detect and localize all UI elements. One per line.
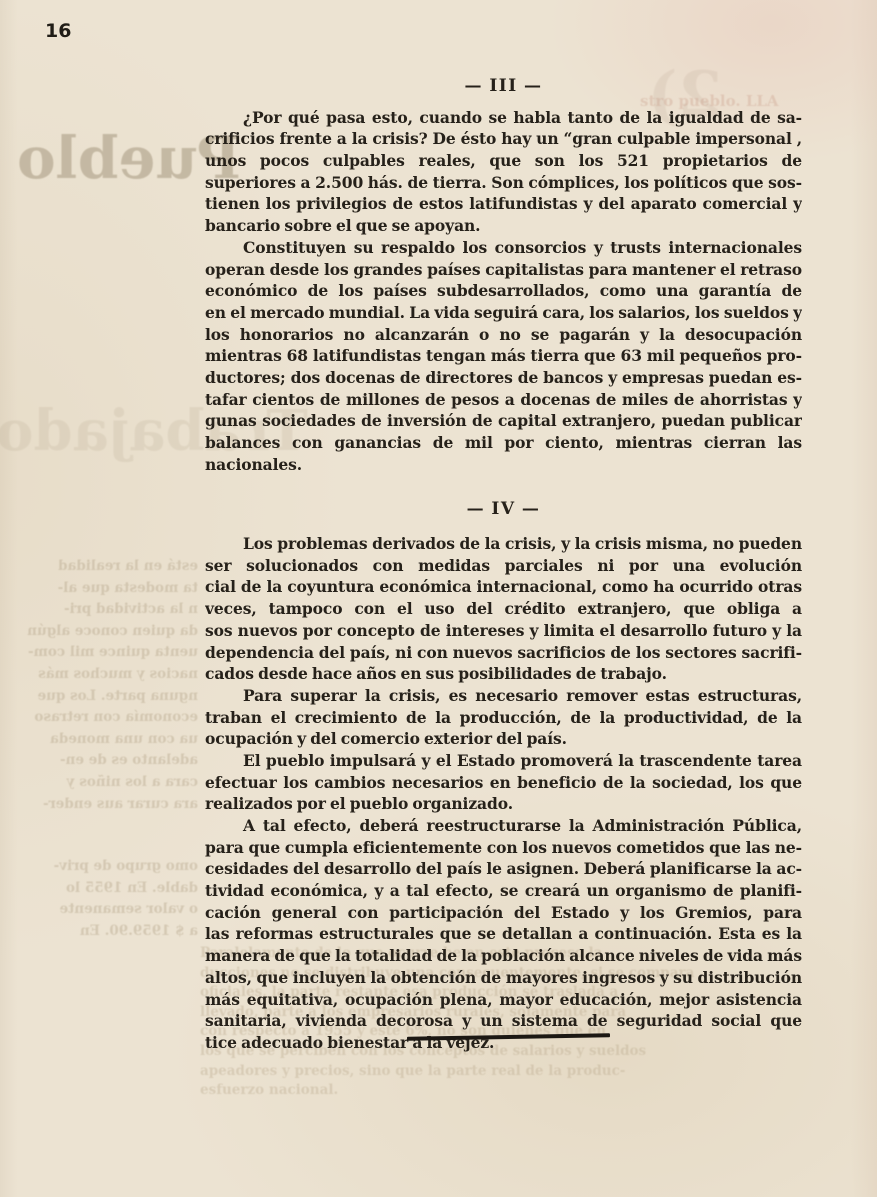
document-body: — III —¿Por qué pasa esto, cuando se hab… <box>205 76 802 1054</box>
bleedthrough-line: está en la realidad <box>8 556 198 578</box>
text-line: operan desde los grandes países capitali… <box>205 259 802 281</box>
text-line: manera de que la totalidad de la poblaci… <box>205 945 802 967</box>
bleedthrough-line: nacios y muchos más <box>8 664 198 686</box>
page-number: 16 <box>45 20 71 42</box>
scanned-document-page: 16 Pueblo Trabajadores 2) stro pueblo. L… <box>0 0 877 1197</box>
text-line: cesidades del desarrollo del país le asi… <box>205 858 802 880</box>
section-heading: — IV — <box>205 499 802 521</box>
bleedthrough-left-margin-block-lower: omo grupo de priv-dable. En 1955 loo val… <box>8 856 198 942</box>
text-line: ¿Por qué pasa esto, cuando se habla tant… <box>205 107 802 129</box>
paragraph: Constituyen su respaldo los consorcios y… <box>205 237 802 476</box>
bleedthrough-line: adelanto es de en- <box>8 750 198 772</box>
bleedthrough-line: esfuerzo nacional. <box>200 1081 848 1101</box>
text-line: tividad económica, y a tal efecto, se cr… <box>205 880 802 902</box>
bleedthrough-line: uenta quince mil com- <box>8 642 198 664</box>
text-line: crificios frente a la crisis? De ésto ha… <box>205 128 802 150</box>
text-line: balances con ganancias de mil por ciento… <box>205 432 802 454</box>
text-line: tienen los privilegios de estos latifund… <box>205 193 802 215</box>
text-line: unos pocos culpables reales, que son los… <box>205 150 802 172</box>
text-line: mientras 68 latifundistas tengan más tie… <box>205 345 802 367</box>
bleedthrough-left-margin-block: está en la realidadta modesta que al-n l… <box>8 556 198 815</box>
text-line: altos, que incluyen la obtención de mayo… <box>205 967 802 989</box>
text-line: sanitaria, vivienda decorosa y un sistem… <box>205 1010 802 1032</box>
bleedthrough-line: ta modesta que al- <box>8 578 198 600</box>
text-line: efectuar los cambios necesarios en benef… <box>205 772 802 794</box>
text-line: cial de la coyuntura económica internaci… <box>205 576 802 598</box>
text-line: dependencia del país, ni con nuevos sacr… <box>205 642 802 664</box>
text-line: sos nuevos por concepto de intereses y l… <box>205 620 802 642</box>
text-line: los honorarios no alcanzarán o no se pag… <box>205 324 802 346</box>
bleedthrough-line: a $ 1959.90. En <box>8 921 198 943</box>
bleedthrough-line: omo grupo de priv- <box>8 856 198 878</box>
bleedthrough-line: nguna parte. Los que <box>8 686 198 708</box>
text-line: Para superar la crisis, es necesario rem… <box>205 685 802 707</box>
bleedthrough-line: economía con retraso <box>8 707 198 729</box>
bleedthrough-line: apeadores y precios, sino que la parte r… <box>200 1062 848 1082</box>
bleedthrough-line: ara curar aus ender- <box>8 794 198 816</box>
text-line: ductores; dos docenas de directores de b… <box>205 367 802 389</box>
text-line: traban el crecimiento de la producción, … <box>205 707 802 729</box>
bleedthrough-line: ua con una moneda <box>8 729 198 751</box>
text-line: gunas sociedades de inversión de capital… <box>205 410 802 432</box>
paragraph: El pueblo impulsará y el Estado promover… <box>205 750 802 815</box>
text-line: en el mercado mundial. La vida seguirá c… <box>205 302 802 324</box>
text-line: cados desde hace años en sus posibilidad… <box>205 663 802 685</box>
text-line: El pueblo impulsará y el Estado promover… <box>205 750 802 772</box>
bleedthrough-line: cara a los niños y <box>8 772 198 794</box>
bleedthrough-line: n la actividad pri- <box>8 599 198 621</box>
bleedthrough-line: dable. En 1955 lo <box>8 878 198 900</box>
paragraph: Los problemas derivados de la crisis, y … <box>205 533 802 685</box>
text-line: Constituyen su respaldo los consorcios y… <box>205 237 802 259</box>
paragraph: ¿Por qué pasa esto, cuando se habla tant… <box>205 107 802 237</box>
text-line: más equitativa, ocupación plena, mayor e… <box>205 989 802 1011</box>
text-line: nacionales. <box>205 454 802 476</box>
text-line: veces, tampoco con el uso del crédito ex… <box>205 598 802 620</box>
text-line: para que cumpla eficientemente con los n… <box>205 837 802 859</box>
text-line: A tal efecto, deberá reestructurarse la … <box>205 815 802 837</box>
text-line: Los problemas derivados de la crisis, y … <box>205 533 802 555</box>
text-line: cación general con participación del Est… <box>205 902 802 924</box>
paragraph: Para superar la crisis, es necesario rem… <box>205 685 802 750</box>
text-line: tafar cientos de millones de pesos a doc… <box>205 389 802 411</box>
text-line: ser solucionados con medidas parciales n… <box>205 555 802 577</box>
text-line: económico de los países subdesarrollados… <box>205 280 802 302</box>
bleedthrough-line: da quien conoce algún <box>8 621 198 643</box>
paragraph: A tal efecto, deberá reestructurarse la … <box>205 815 802 1054</box>
text-line: superiores a 2.500 hás. de tierra. Son c… <box>205 172 802 194</box>
bleedthrough-line: o valor semanente <box>8 899 198 921</box>
text-line: realizados por el pueblo organizado. <box>205 793 802 815</box>
section-heading: — III — <box>205 76 802 98</box>
text-line: las reformas estructurales que se detall… <box>205 923 802 945</box>
text-line: bancario sobre el que se apoyan. <box>205 215 802 237</box>
text-line: ocupación y del comercio exterior del pa… <box>205 728 802 750</box>
